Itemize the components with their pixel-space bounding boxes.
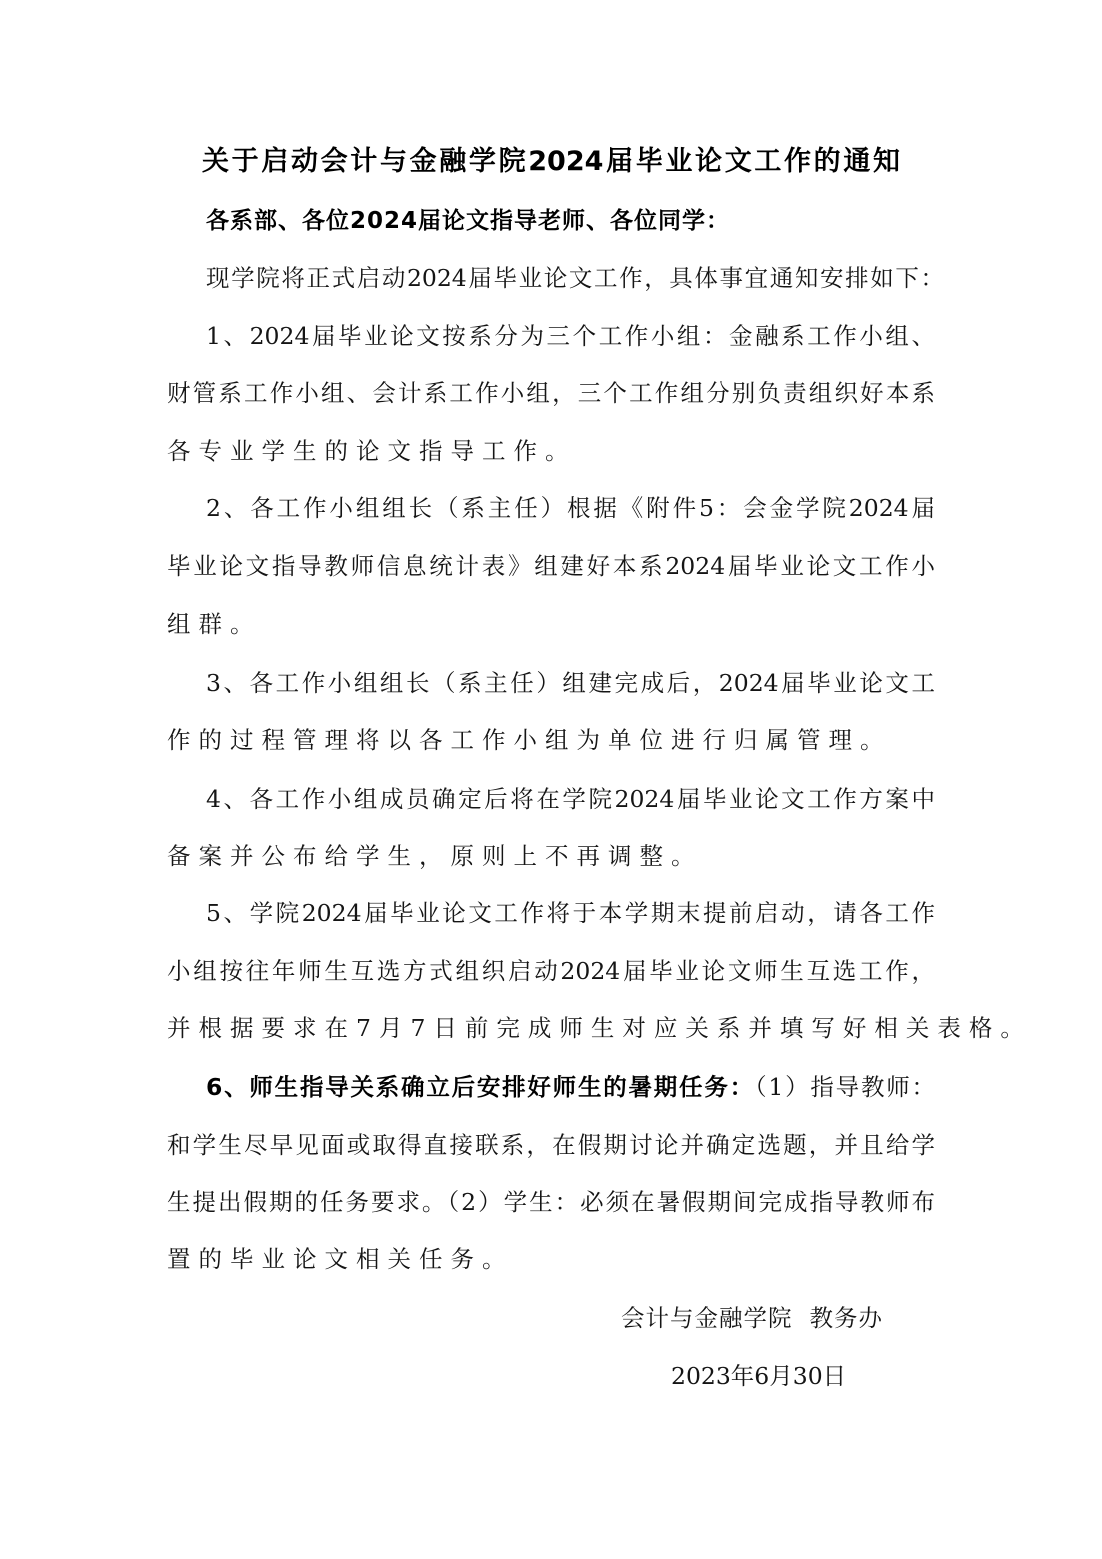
item-1-line-1: 1、2024届毕业论文按系分为三个工作小组：金融系工作小组、 [206,318,935,354]
signature-date: 2023年6月30日 [671,1358,846,1394]
item-2-line-1: 2、各工作小组组长（系主任）根据《附件5：会金学院2024届 [206,490,935,526]
item-6-line-3: 生提出假期的任务要求。（2）学生：必须在暑假期间完成指导教师布 [167,1184,935,1220]
item-5-line-1: 5、学院2024届毕业论文工作将于本学期末提前启动，请各工作 [206,895,935,931]
item-6-bold-lead: 6、师生指导关系确立后安排好师生的暑期任务： [206,1073,755,1101]
item-6-line-2: 和学生尽早见面或取得直接联系，在假期讨论并确定选题，并且给学 [167,1127,935,1163]
document-title: 关于启动会计与金融学院2024届毕业论文工作的通知 [202,142,900,182]
item-4-line-1: 4、各工作小组成员确定后将在学院2024届毕业论文工作方案中 [206,781,935,817]
item-6-first-line-rest: （1）指导教师： [755,1073,935,1101]
item-1-line-3: 各专业学生的论文指导工作。 [167,433,935,469]
salutation: 各系部、各位2024届论文指导老师、各位同学： [206,203,730,239]
item-6-line-4: 置的毕业论文相关任务。 [167,1241,935,1277]
signature-office: 会计与金融学院 教务办 [621,1300,883,1336]
item-3-line-1: 3、各工作小组组长（系主任）组建完成后，2024届毕业论文工 [206,665,935,701]
item-2-line-2: 毕业论文指导教师信息统计表》组建好本系2024届毕业论文工作小 [167,548,935,584]
document-page: 关于启动会计与金融学院2024届毕业论文工作的通知 各系部、各位2024届论文指… [0,0,1102,1559]
item-5-line-2: 小组按往年师生互选方式组织启动2024届毕业论文师生互选工作， [167,953,935,989]
intro-paragraph: 现学院将正式启动2024届毕业论文工作，具体事宜通知安排如下： [206,260,944,296]
item-4-line-2: 备案并公布给学生，原则上不再调整。 [167,838,935,874]
item-2-line-3: 组群。 [167,606,935,642]
item-1-line-2: 财管系工作小组、会计系工作小组，三个工作组分别负责组织好本系 [167,375,935,411]
item-6-line-1: 6、师生指导关系确立后安排好师生的暑期任务：（1）指导教师： [206,1069,935,1105]
item-5-line-3: 并根据要求在7月7日前完成师生对应关系并填写好相关表格。 [167,1010,935,1046]
item-3-line-2: 作的过程管理将以各工作小组为单位进行归属管理。 [167,722,935,758]
